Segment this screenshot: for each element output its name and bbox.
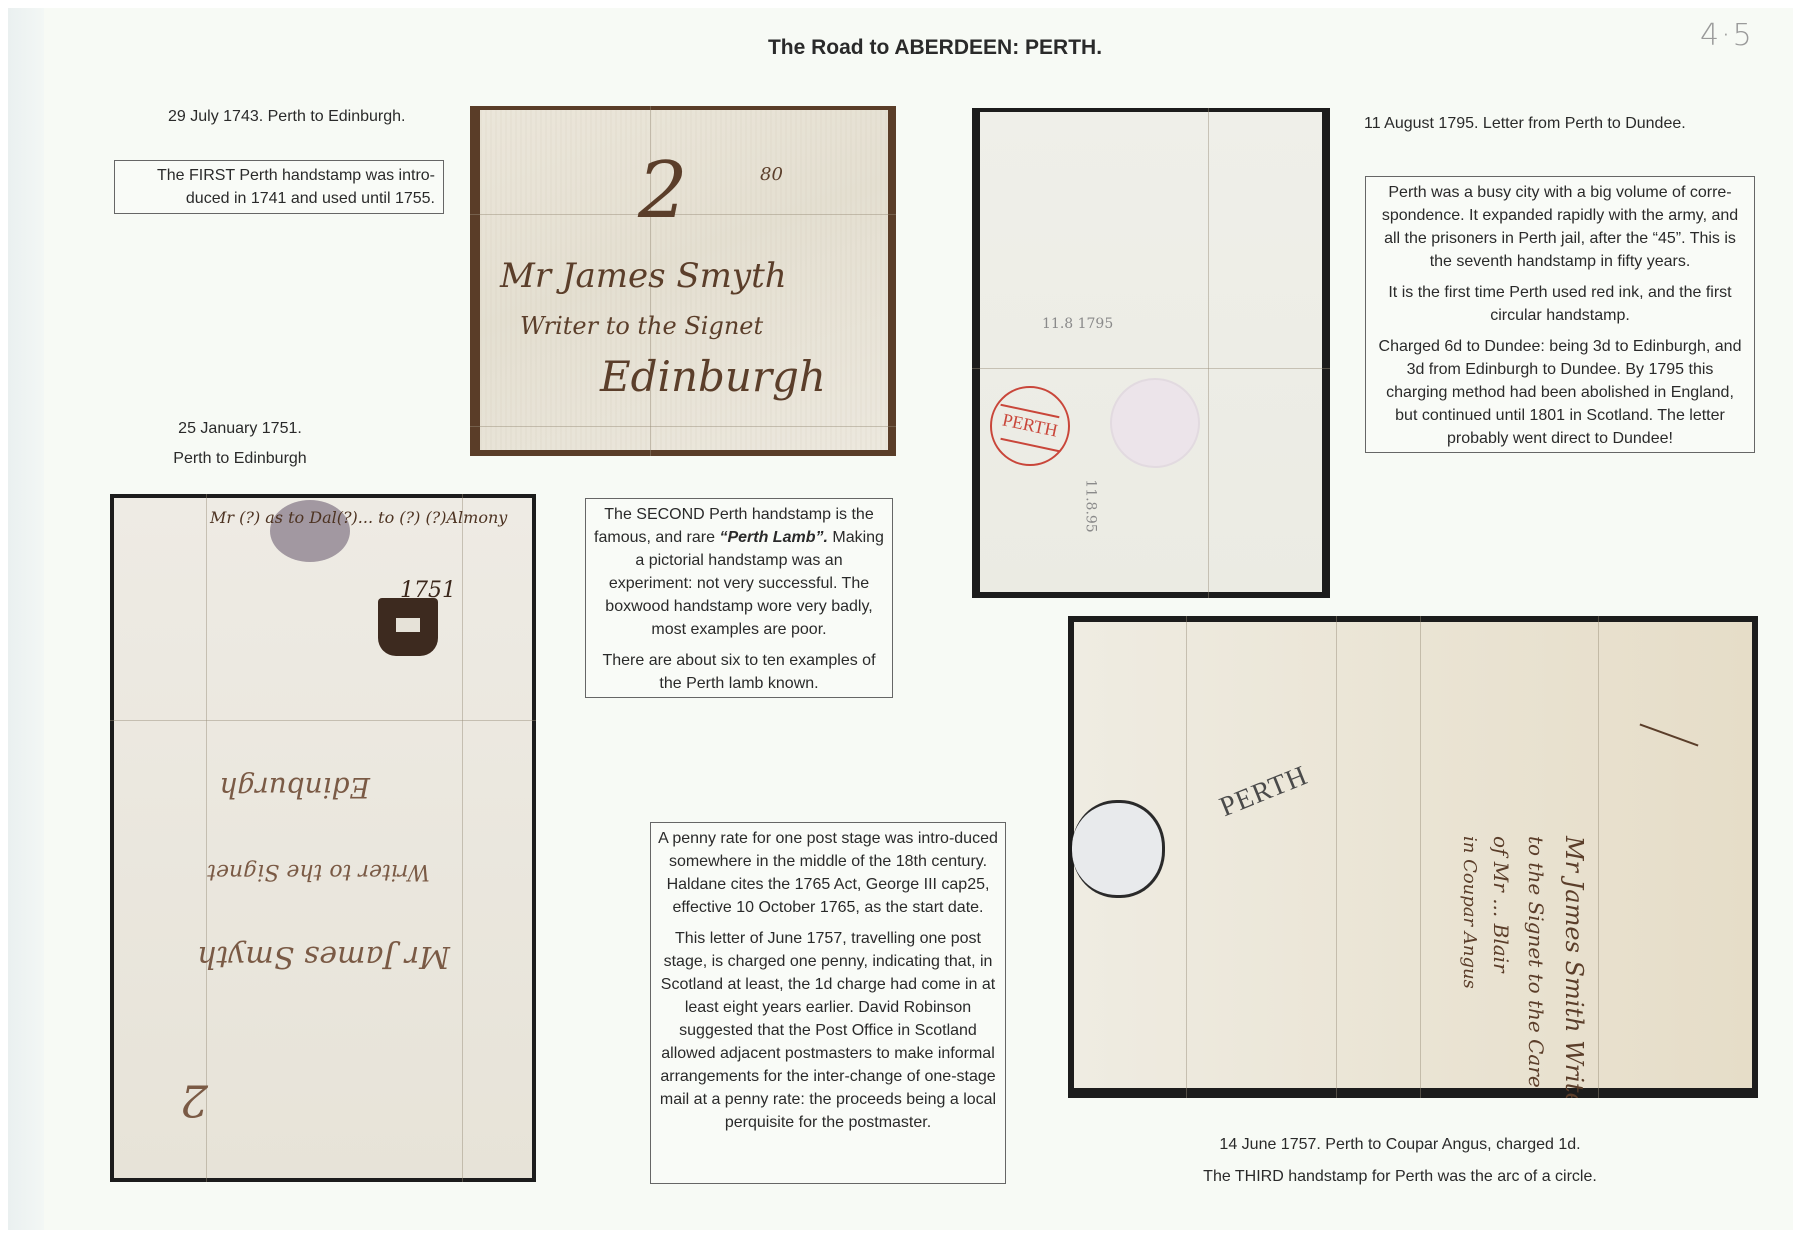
note-first-handstamp: The FIRST Perth handstamp was intro- duc… bbox=[114, 160, 444, 214]
page-number: 4·5 bbox=[1700, 18, 1754, 53]
note-paragraph: This letter of June 1757, travelling one… bbox=[657, 927, 999, 1134]
note-paragraph: A penny rate for one post stage was intr… bbox=[657, 827, 999, 919]
note-penny-rate: A penny rate for one post stage was intr… bbox=[650, 822, 1006, 1184]
note-paragraph: Charged 6d to Dundee: being 3d to Edinbu… bbox=[1374, 335, 1746, 450]
note-paragraph: Perth was a busy city with a big volume … bbox=[1374, 181, 1746, 273]
caption-1757: 14 June 1757. Perth to Coupar Angus, cha… bbox=[1160, 1132, 1640, 1190]
perth-lamb-emphasis: “Perth Lamb”. bbox=[719, 529, 827, 546]
cover-1757-image: PERTH Mr James Smith Writer to the Signe… bbox=[1068, 616, 1758, 1098]
rate-marking: 2 bbox=[180, 1074, 208, 1125]
cover-paper bbox=[980, 112, 1322, 592]
note-line: duced in 1741 and used until 1755. bbox=[123, 187, 435, 210]
note-paragraph: It is the first time Perth used red ink,… bbox=[1374, 281, 1746, 327]
page-edge bbox=[8, 8, 44, 1230]
wax-seal bbox=[1072, 800, 1165, 898]
caption-note: The THIRD handstamp for Perth was the ar… bbox=[1160, 1164, 1640, 1190]
caption-1751: 25 January 1751. Perth to Edinburgh bbox=[140, 416, 340, 472]
cover-1751-image: Mr (?) as to Dal(?)... to (?) (?)Almony … bbox=[110, 494, 536, 1182]
page-title: The Road to ABERDEEN: PERTH. bbox=[0, 36, 1800, 60]
address-line-2: Writer to the Signet bbox=[520, 312, 763, 340]
note-paragraph: There are about six to ten examples of t… bbox=[592, 649, 886, 695]
perth-lamb-handstamp bbox=[378, 598, 438, 656]
address-line-1: Mr James Smyth bbox=[500, 256, 787, 296]
rate-marking: 2 bbox=[638, 146, 688, 236]
caption-1795: 11 August 1795. Letter from Perth to Dun… bbox=[1364, 111, 1686, 137]
caption-date: 14 June 1757. Perth to Coupar Angus, cha… bbox=[1160, 1132, 1640, 1158]
caption-1743: 29 July 1743. Perth to Edinburgh. bbox=[168, 104, 406, 130]
cover-paper bbox=[1074, 622, 1752, 1088]
note-paragraph: The SECOND Perth handstamp is the famous… bbox=[592, 503, 886, 641]
perth-circular-handstamp: PERTH bbox=[990, 386, 1070, 466]
wax-seal bbox=[1110, 378, 1200, 468]
rotated-address: Mr James Smith Writer to the Signet to t… bbox=[1438, 646, 1638, 1066]
pencil-date-2: 11.8.95 bbox=[1083, 479, 1099, 532]
note-line: The FIRST Perth handstamp was intro- bbox=[123, 164, 435, 187]
manuscript-note: 80 bbox=[760, 164, 783, 185]
note-red-ink: Perth was a busy city with a big volume … bbox=[1365, 176, 1755, 453]
cover-1795-image: 11.8 1795 PERTH 11.8.95 bbox=[972, 108, 1330, 598]
inverted-address: Edinburgh Writer to the Signet Mr James … bbox=[150, 724, 490, 1074]
pencil-date: 11.8 1795 bbox=[1042, 316, 1113, 332]
caption-route: Perth to Edinburgh bbox=[140, 446, 340, 472]
docket: Mr (?) as to Dal(?)... to (?) (?)Almony bbox=[210, 508, 507, 527]
cover-1743-image: 2 80 Mr James Smyth Writer to the Signet… bbox=[470, 106, 896, 456]
address-line-3: Edinburgh bbox=[600, 352, 826, 401]
caption-date: 25 January 1751. bbox=[140, 416, 340, 442]
note-perth-lamb: The SECOND Perth handstamp is the famous… bbox=[585, 498, 893, 698]
